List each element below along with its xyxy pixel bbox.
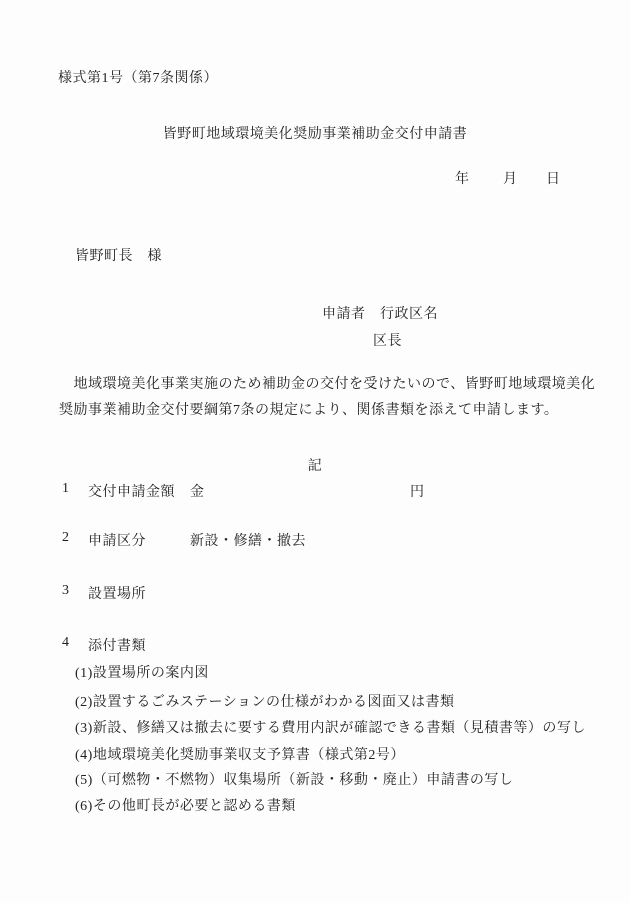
item-1-amount-prefix: 金 [190,481,205,501]
item-4-label: 添付書類 [88,635,146,655]
note-heading: 記 [0,455,630,475]
item-1-amount-suffix: 円 [410,481,425,501]
applicant-label: 申請者 行政区名 [322,303,438,323]
applicant-role: 区長 [373,330,402,350]
item-2-label: 申請区分 [88,530,146,550]
date-day-label: 日 [546,168,561,188]
document-page: 様式第1号（第7条関係） 皆野町地域環境美化奨励事業補助金交付申請書 年 月 日… [0,0,630,903]
date-month-label: 月 [503,168,518,188]
attachment-item-3: (3)新設、修繕又は撤去に要する費用内訳が確認できる書類（見積書等）の写し [75,717,586,737]
addressee: 皆野町長 様 [75,245,162,265]
item-2-number: 2 [62,530,70,546]
item-3-number: 3 [62,583,70,599]
document-title: 皆野町地域環境美化奨励事業補助金交付申請書 [0,123,630,143]
body-paragraph-line-2: 奨励事業補助金交付要綱第7条の規定により、関係書類を添えて申請します。 [59,399,558,419]
item-1-number: 1 [62,481,70,497]
attachment-item-6: (6)その他町長が必要と認める書類 [75,795,296,815]
date-year-label: 年 [455,168,470,188]
body-paragraph-line-1: 地域環境美化事業実施のため補助金の交付を受けたいので、皆野町地域環境美化 [59,373,595,393]
form-number: 様式第1号（第7条関係） [58,67,218,87]
attachment-item-1: (1)設置場所の案内図 [75,662,209,682]
attachment-item-2: (2)設置するごみステーションの仕様がわかる図面又は書類 [75,691,454,711]
item-2-value: 新設・修繕・撤去 [190,530,306,550]
attachment-item-5: (5)（可燃物・不燃物）収集場所（新設・移動・廃止）申請書の写し [75,769,513,789]
attachment-item-4: (4)地域環境美化奨励事業収支予算書（様式第2号） [75,744,405,764]
item-4-number: 4 [62,635,70,651]
item-3-label: 設置場所 [88,583,146,603]
item-1-label: 交付申請金額 [88,481,175,501]
